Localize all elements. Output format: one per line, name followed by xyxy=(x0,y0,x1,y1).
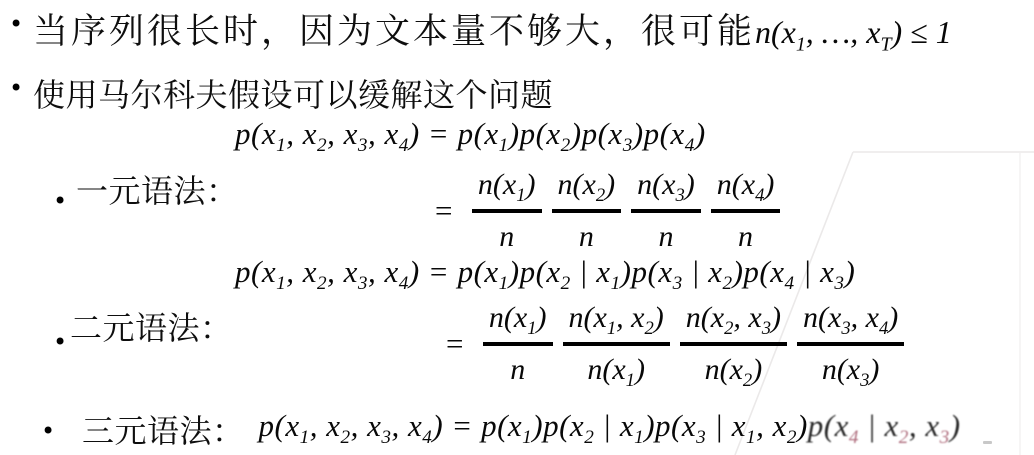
fraction: n(x3, x4) n(x3) xyxy=(797,301,904,387)
equals-sign: = xyxy=(433,193,454,229)
equals-sign: = xyxy=(444,326,465,362)
trigram-row: 三元语法： p(x1, x2, x3, x4) = p(x1)p(x2 | x1… xyxy=(82,406,961,452)
unigram-joint-formula: p(x1, x2, x3, x4) = p(x1)p(x2)p(x3)p(x4) xyxy=(235,116,706,152)
bigram-label: 二元语法： xyxy=(70,303,233,349)
bigram-joint-formula: p(x1, x2, x3, x4) = p(x1)p(x2 | x1)p(x3 … xyxy=(235,254,855,290)
bullet-line-1-math: n(x1, …, xT) ≤ 1 xyxy=(755,14,952,50)
artifact-dash xyxy=(983,441,992,444)
fraction: n(x4) n xyxy=(711,168,781,254)
unigram-fraction-row: = n(x1) n n(x2) n n(x3) n n(x4) n xyxy=(433,168,785,254)
bullet-icon: • xyxy=(53,197,67,205)
fraction: n(x1) n xyxy=(483,301,553,387)
trigram-formula: p(x1, x2, x3, x4) = p(x1)p(x2 | x1)p(x3 … xyxy=(259,408,808,444)
bullet-icon: • xyxy=(41,427,55,435)
fraction: n(x2) n xyxy=(552,168,622,254)
trigram-label: 三元语法： xyxy=(82,406,245,452)
fraction: n(x2, x3) n(x2) xyxy=(680,301,787,387)
bullet-line-1-text: 当序列很长时，因为文本量不够大，很可能 xyxy=(33,12,755,51)
bullet-line-1: 当序列很长时，因为文本量不够大，很可能n(x1, …, xT) ≤ 1 xyxy=(33,4,952,54)
bullet-icon: • xyxy=(53,338,67,346)
fraction: n(x3) n xyxy=(631,168,701,254)
bullet-icon: • xyxy=(9,20,23,28)
unigram-label: 一元语法： xyxy=(76,166,239,212)
bullet-icon: • xyxy=(9,84,23,92)
bullet-line-2-text: 使用马尔科夫假设可以缓解这个问题 xyxy=(33,77,553,113)
trigram-formula-faded: p(x4 | x2, x3) xyxy=(808,408,961,444)
bigram-fraction-row: = n(x1) n n(x1, x2) n(x1) n(x2, x3) n(x2… xyxy=(444,301,909,387)
fraction: n(x1) n xyxy=(472,168,542,254)
bullet-line-2: 使用马尔科夫假设可以缓解这个问题 xyxy=(33,70,553,116)
slide: • 当序列很长时，因为文本量不够大，很可能n(x1, …, xT) ≤ 1 • … xyxy=(0,0,1034,455)
fraction: n(x1, x2) n(x1) xyxy=(563,301,670,387)
